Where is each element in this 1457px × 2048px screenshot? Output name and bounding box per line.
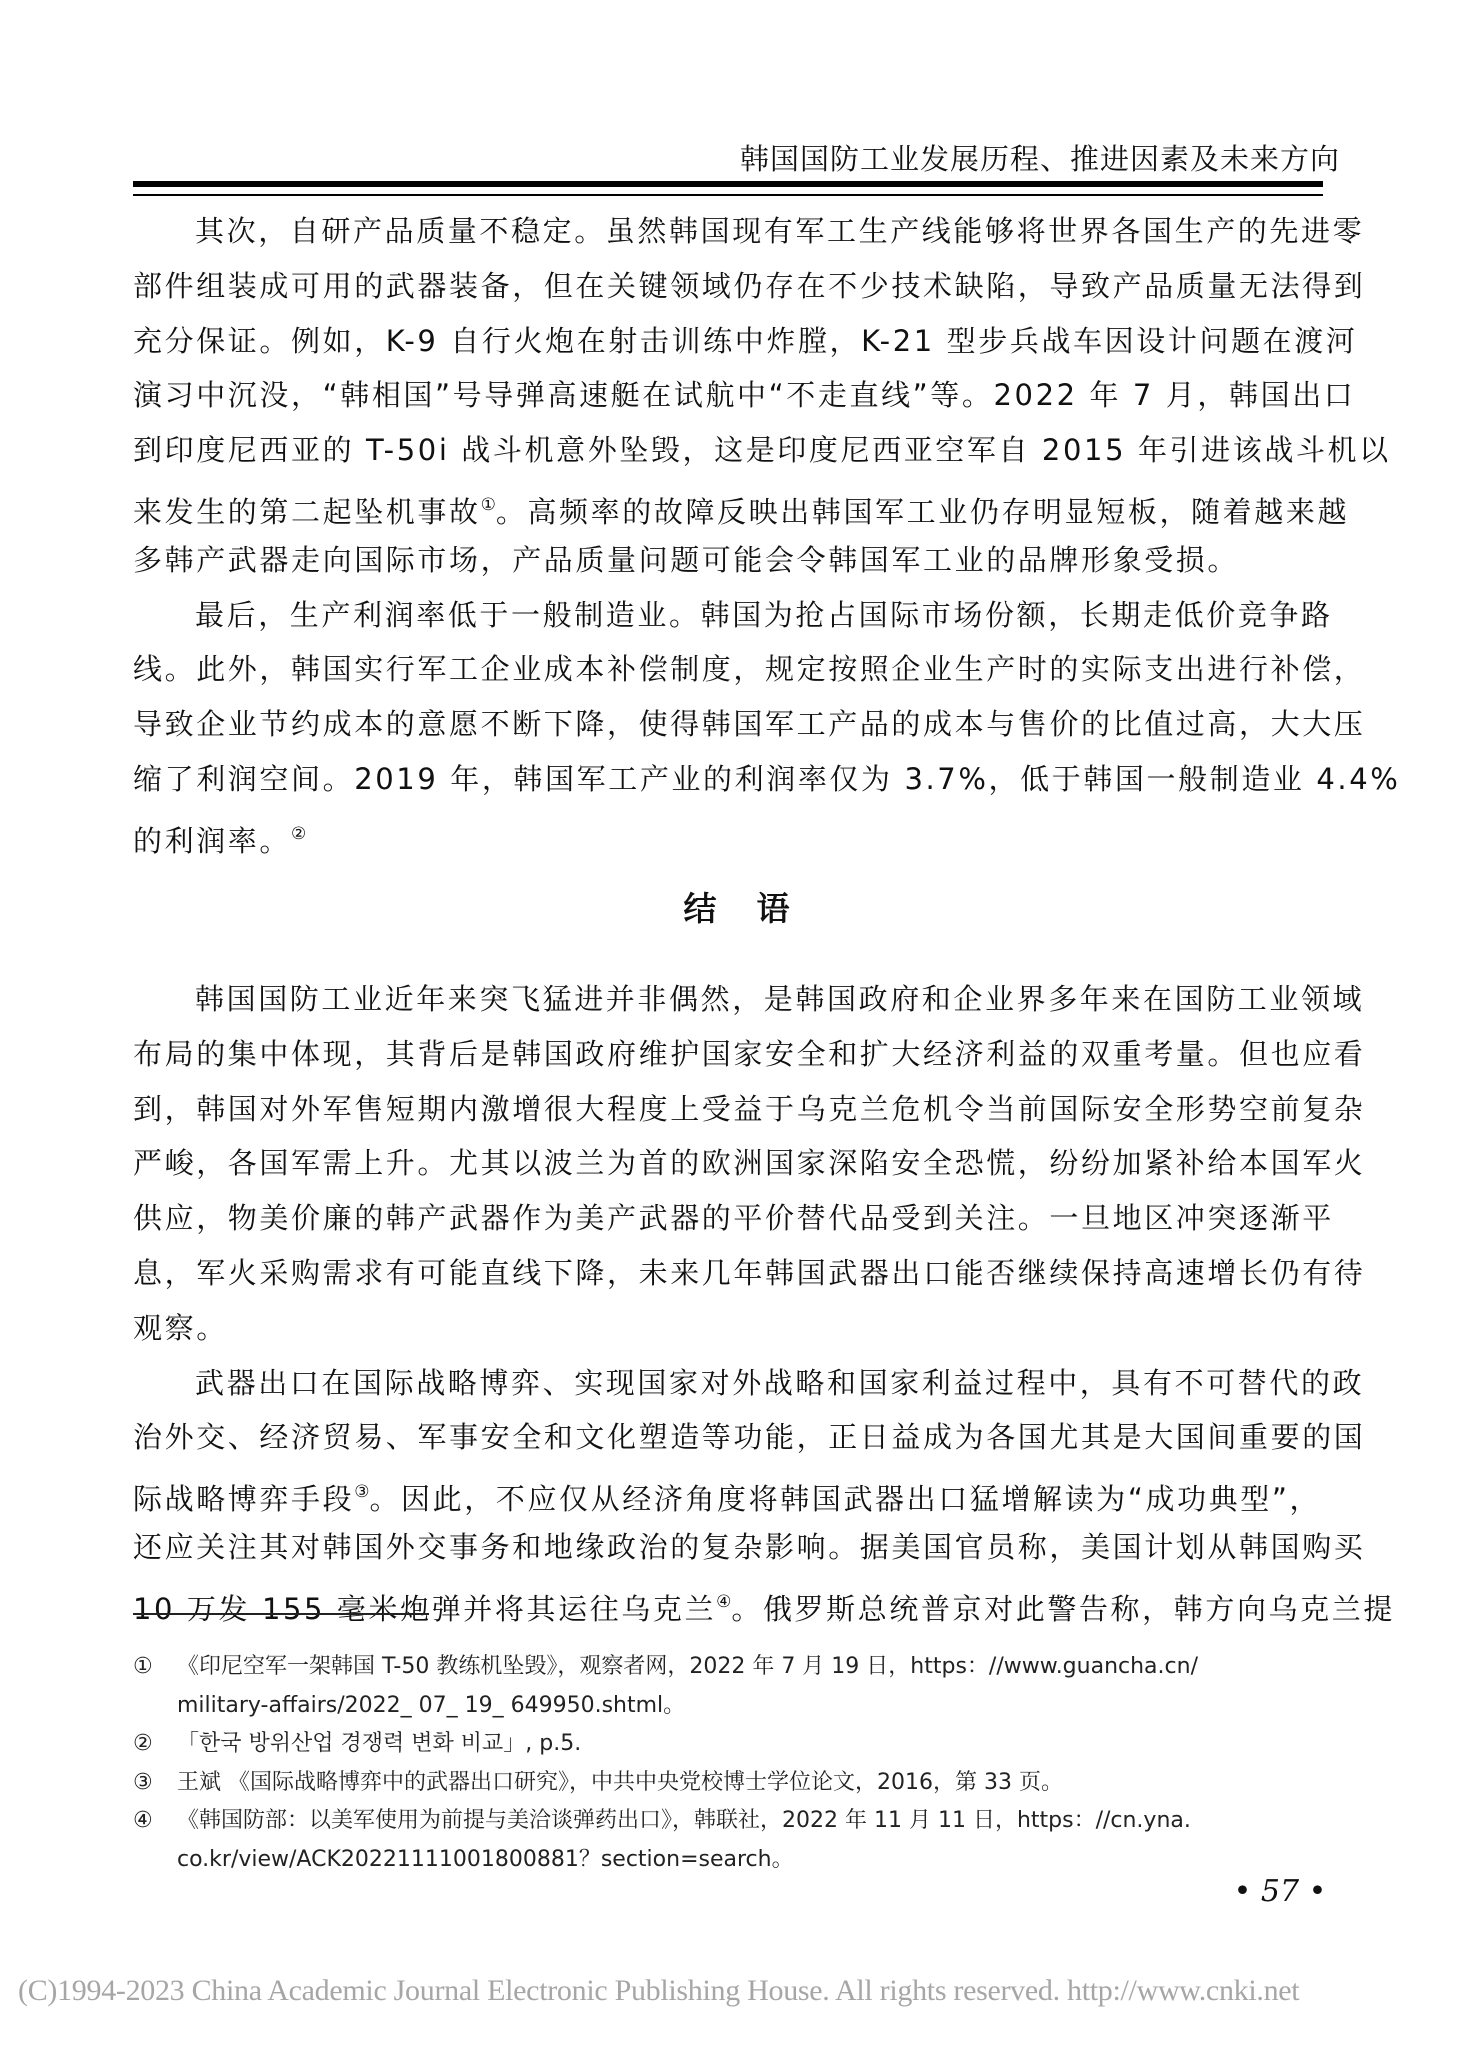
running-head: 韩国国防工业发展历程、推进因素及未来方向 [133, 140, 1340, 178]
text-line: 到印度尼西亚的 T-50i 战斗机意外坠毁，这是印度尼西亚空军自 2015 年引… [133, 423, 1343, 478]
footnote-text: 《印尼空军一架韩国 T-50 教练机坠毁》，观察者网，2022 年 7 月 19… [177, 1648, 1343, 1687]
text-line: 到，韩国对外军售短期内激增很大程度上受益于乌克兰危机令当前国际安全形势空前复杂 [133, 1082, 1343, 1137]
text-line: 多韩产武器走向国际市场，产品质量问题可能会令韩国军工业的品牌形象受损。 [133, 533, 1343, 588]
footnote-text: 「한국 방위산업 경쟁력 변화 비교」, p.5. [177, 1725, 1343, 1764]
footnote-item: ②「한국 방위산업 경쟁력 변화 비교」, p.5. [133, 1725, 1343, 1764]
footnote-item: ④《韩国防部：以美军使用为前提与美洽谈弹药出口》，韩联社，2022 年 11 月… [133, 1802, 1343, 1879]
section-heading-conclusion: 结语 [133, 884, 1340, 934]
text-line: 观察。 [133, 1301, 1343, 1356]
text-line-content: 息，军火采购需求有可能直线下降，未来几年韩国武器出口能否继续保持高速增长仍有待 [133, 1256, 1365, 1290]
body-text-block-1: 其次，自研产品质量不稳定。虽然韩国现有军工生产线能够将世界各国生产的先进零部件组… [133, 204, 1343, 862]
footnote-item: ③王斌 《国际战略博弈中的武器出口研究》，中共中央党校博士学位论文，2016，第… [133, 1764, 1343, 1803]
text-line-content: 际战略博弈手段 [133, 1482, 354, 1516]
text-line-content: 供应，物美价廉的韩产武器作为美产武器的平价替代品受到关注。一旦地区冲突逐渐平 [133, 1201, 1334, 1235]
text-line-content: 其次，自研产品质量不稳定。虽然韩国现有军工生产线能够将世界各国生产的先进零 [195, 214, 1364, 248]
footnote-text: co.kr/view/ACK20221111001800881？section=… [177, 1841, 1343, 1880]
text-line-content: 韩国国防工业近年来突飞猛进并非偶然，是韩国政府和企业界多年来在国防工业领域 [195, 982, 1364, 1016]
text-line-content: 到，韩国对外军售短期内激增很大程度上受益于乌克兰危机令当前国际安全形势空前复杂 [133, 1092, 1365, 1126]
footnote-reference[interactable]: ① [481, 495, 496, 515]
text-line: 其次，自研产品质量不稳定。虽然韩国现有军工生产线能够将世界各国生产的先进零 [133, 204, 1343, 259]
copyright-notice: (C)1994-2023 China Academic Journal Elec… [18, 1971, 1457, 2011]
text-line-content: 布局的集中体现，其背后是韩国政府维护国家安全和扩大经济利益的双重考量。但也应看 [133, 1037, 1365, 1071]
text-line-continuation: 。高频率的故障反映出韩国军工业仍存明显短板，随着越来越 [496, 495, 1349, 529]
text-line-content: 严峻，各国军需上升。尤其以波兰为首的欧洲国家深陷安全恐慌，纷纷加紧补给本国军火 [133, 1146, 1365, 1180]
text-line: 来发生的第二起坠机事故①。高频率的故障反映出韩国军工业仍存明显短板，随着越来越 [133, 478, 1343, 533]
text-line: 武器出口在国际战略博弈、实现国家对外战略和国家利益过程中，具有不可替代的政 [133, 1356, 1343, 1411]
text-line-content: 观察。 [133, 1311, 228, 1345]
footnote-mark: ② [133, 1725, 153, 1764]
text-line-content: 的利润率。 [133, 824, 291, 858]
text-line: 最后，生产利润率低于一般制造业。韩国为抢占国际市场份额，长期走低价竞争路 [133, 588, 1343, 643]
text-line: 严峻，各国军需上升。尤其以波兰为首的欧洲国家深陷安全恐慌，纷纷加紧补给本国军火 [133, 1136, 1343, 1191]
text-line: 导致企业节约成本的意愿不断下降，使得韩国军工产品的成本与售价的比值过高，大大压 [133, 697, 1343, 752]
text-line-content: 演习中沉没，“韩相国”号导弹高速艇在试航中“不走直线”等。2022 年 7 月，… [133, 378, 1355, 412]
text-line-content: 治外交、经济贸易、军事安全和文化塑造等功能，正日益成为各国尤其是大国间重要的国 [133, 1420, 1365, 1454]
text-line: 的利润率。② [133, 807, 1343, 862]
text-line: 演习中沉没，“韩相国”号导弹高速艇在试航中“不走直线”等。2022 年 7 月，… [133, 368, 1343, 423]
text-line-content: 最后，生产利润率低于一般制造业。韩国为抢占国际市场份额，长期走低价竞争路 [195, 598, 1333, 632]
text-line: 韩国国防工业近年来突飞猛进并非偶然，是韩国政府和企业界多年来在国防工业领域 [133, 972, 1343, 1027]
text-line: 10 万发 155 毫米炮弹并将其运往乌克兰④。俄罗斯总统普京对此警告称，韩方向… [133, 1575, 1343, 1630]
text-line-content: 导致企业节约成本的意愿不断下降，使得韩国军工产品的成本与售价的比值过高，大大压 [133, 707, 1365, 741]
text-line: 供应，物美价廉的韩产武器作为美产武器的平价替代品受到关注。一旦地区冲突逐渐平 [133, 1191, 1343, 1246]
text-line-content: 武器出口在国际战略博弈、实现国家对外战略和国家利益过程中，具有不可替代的政 [195, 1366, 1364, 1400]
footnote-item: ①《印尼空军一架韩国 T-50 教练机坠毁》，观察者网，2022 年 7 月 1… [133, 1648, 1343, 1725]
text-line-content: 多韩产武器走向国际市场，产品质量问题可能会令韩国军工业的品牌形象受损。 [133, 543, 1239, 577]
page-number: • 57 • [1220, 1872, 1340, 1912]
footnote-text: 《韩国防部：以美军使用为前提与美洽谈弹药出口》，韩联社，2022 年 11 月 … [177, 1802, 1343, 1841]
text-line: 缩了利润空间。2019 年，韩国军工产业的利润率仅为 3.7%，低于韩国一般制造… [133, 752, 1343, 807]
text-line-content: 10 万发 155 毫米炮弹并将其运往乌克兰 [133, 1592, 716, 1626]
footnote-reference[interactable]: ④ [716, 1592, 731, 1612]
footnotes: ①《印尼空军一架韩国 T-50 教练机坠毁》，观察者网，2022 年 7 月 1… [133, 1648, 1343, 1879]
text-line: 际战略博弈手段③。因此，不应仅从经济角度将韩国武器出口猛增解读为“成功典型”， [133, 1465, 1343, 1520]
footnote-mark: ① [133, 1648, 153, 1687]
footnote-mark: ③ [133, 1764, 153, 1803]
text-line-content: 充分保证。例如，K-9 自行火炮在射击训练中炸膛，K-21 型步兵战车因设计问题… [133, 324, 1357, 358]
text-line-continuation: 。俄罗斯总统普京对此警告称，韩方向乌克兰提 [731, 1592, 1395, 1626]
text-line: 充分保证。例如，K-9 自行火炮在射击训练中炸膛，K-21 型步兵战车因设计问题… [133, 314, 1343, 369]
text-line-content: 来发生的第二起坠机事故 [133, 495, 481, 529]
footnote-text: 王斌 《国际战略博弈中的武器出口研究》，中共中央党校博士学位论文，2016，第 … [177, 1764, 1343, 1803]
text-line: 治外交、经济贸易、军事安全和文化塑造等功能，正日益成为各国尤其是大国间重要的国 [133, 1410, 1343, 1465]
header-rule-thin [133, 194, 1323, 196]
text-line: 线。此外，韩国实行军工企业成本补偿制度，规定按照企业生产时的实际支出进行补偿， [133, 642, 1343, 697]
text-line-content: 缩了利润空间。2019 年，韩国军工产业的利润率仅为 3.7%，低于韩国一般制造… [133, 762, 1400, 796]
footnote-text: military-affairs/2022_ 07_ 19_ 649950.sh… [177, 1687, 1343, 1726]
body-text-block-2: 韩国国防工业近年来突飞猛进并非偶然，是韩国政府和企业界多年来在国防工业领域布局的… [133, 972, 1343, 1630]
text-line: 布局的集中体现，其背后是韩国政府维护国家安全和扩大经济利益的双重考量。但也应看 [133, 1027, 1343, 1082]
text-line-content: 线。此外，韩国实行军工企业成本补偿制度，规定按照企业生产时的实际支出进行补偿， [133, 652, 1365, 686]
footnote-divider [133, 1613, 429, 1615]
footnote-reference[interactable]: ② [291, 824, 306, 844]
text-line-continuation: 。因此，不应仅从经济角度将韩国武器出口猛增解读为“成功典型”， [369, 1482, 1321, 1516]
text-line: 息，军火采购需求有可能直线下降，未来几年韩国武器出口能否继续保持高速增长仍有待 [133, 1246, 1343, 1301]
footnote-mark: ④ [133, 1802, 153, 1841]
text-line: 还应关注其对韩国外交事务和地缘政治的复杂影响。据美国官员称，美国计划从韩国购买 [133, 1520, 1343, 1575]
footnote-reference[interactable]: ③ [354, 1482, 369, 1502]
text-line: 部件组装成可用的武器装备，但在关键领域仍存在不少技术缺陷，导致产品质量无法得到 [133, 259, 1343, 314]
text-line-content: 到印度尼西亚的 T-50i 战斗机意外坠毁，这是印度尼西亚空军自 2015 年引… [133, 433, 1391, 467]
text-line-content: 部件组装成可用的武器装备，但在关键领域仍存在不少技术缺陷，导致产品质量无法得到 [133, 269, 1365, 303]
text-line-content: 还应关注其对韩国外交事务和地缘政治的复杂影响。据美国官员称，美国计划从韩国购买 [133, 1530, 1365, 1564]
header-rule-thick [133, 181, 1323, 187]
